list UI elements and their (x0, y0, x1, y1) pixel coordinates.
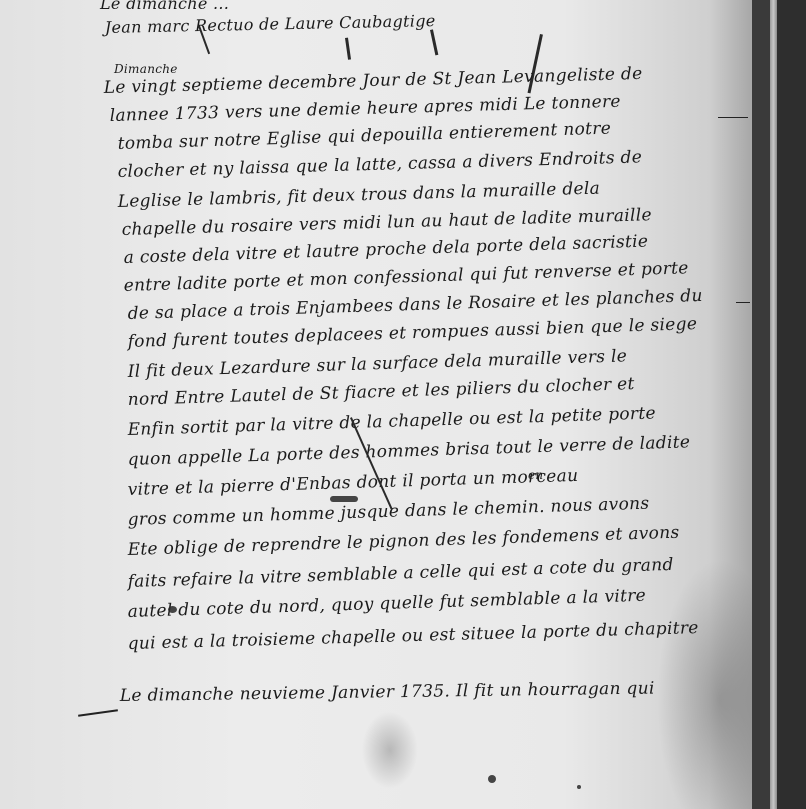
entry-line: Ete oblige de reprendre le pignon des le… (127, 523, 679, 560)
scanned-register-page: Le dimanche ... Jean marc Rectuo de Laur… (0, 0, 806, 809)
header-line-1: Le dimanche ... (100, 0, 229, 13)
manuscript-page: Le dimanche ... Jean marc Rectuo de Laur… (0, 0, 752, 809)
entry-line: Enfin sortit par la vitre de la chapelle… (127, 403, 656, 440)
book-binding-shadow (752, 0, 770, 809)
entry-line: Leglise le lambris, fit deux trous dans … (117, 179, 600, 212)
margin-dash (736, 302, 750, 303)
entry-line: quon appelle La porte des hommes brisa t… (127, 432, 690, 470)
margin-dash (718, 117, 748, 118)
ink-blot (330, 496, 358, 502)
entry-margin-flourish (78, 709, 118, 717)
margin-note: Dimanche (114, 62, 178, 76)
header-line-2: Jean marc Rectuo de Laure Caubagtige (105, 11, 436, 37)
ink-blot (168, 606, 177, 613)
paper-stain (577, 785, 581, 789)
entry-line: tomba sur notre Eglise qui depouilla ent… (117, 119, 611, 154)
entry-line: vitre et la pierre d'Enbas dont il porta… (127, 466, 578, 500)
entry-line: clocher et ny laissa que la latte, cassa… (117, 147, 642, 182)
paper-stain (488, 775, 496, 783)
signature-stroke (345, 38, 351, 60)
book-binding-spine (777, 0, 806, 809)
signature-stroke (430, 29, 438, 55)
entry-line: qui est a la troisieme chapelle ou est s… (127, 618, 698, 654)
entry-line: autel du cote du nord, quoy quelle fut s… (127, 586, 646, 622)
entry-line: Le dimanche neuvieme Janvier 1735. Il fi… (120, 679, 655, 706)
book-binding-edge (770, 0, 777, 809)
